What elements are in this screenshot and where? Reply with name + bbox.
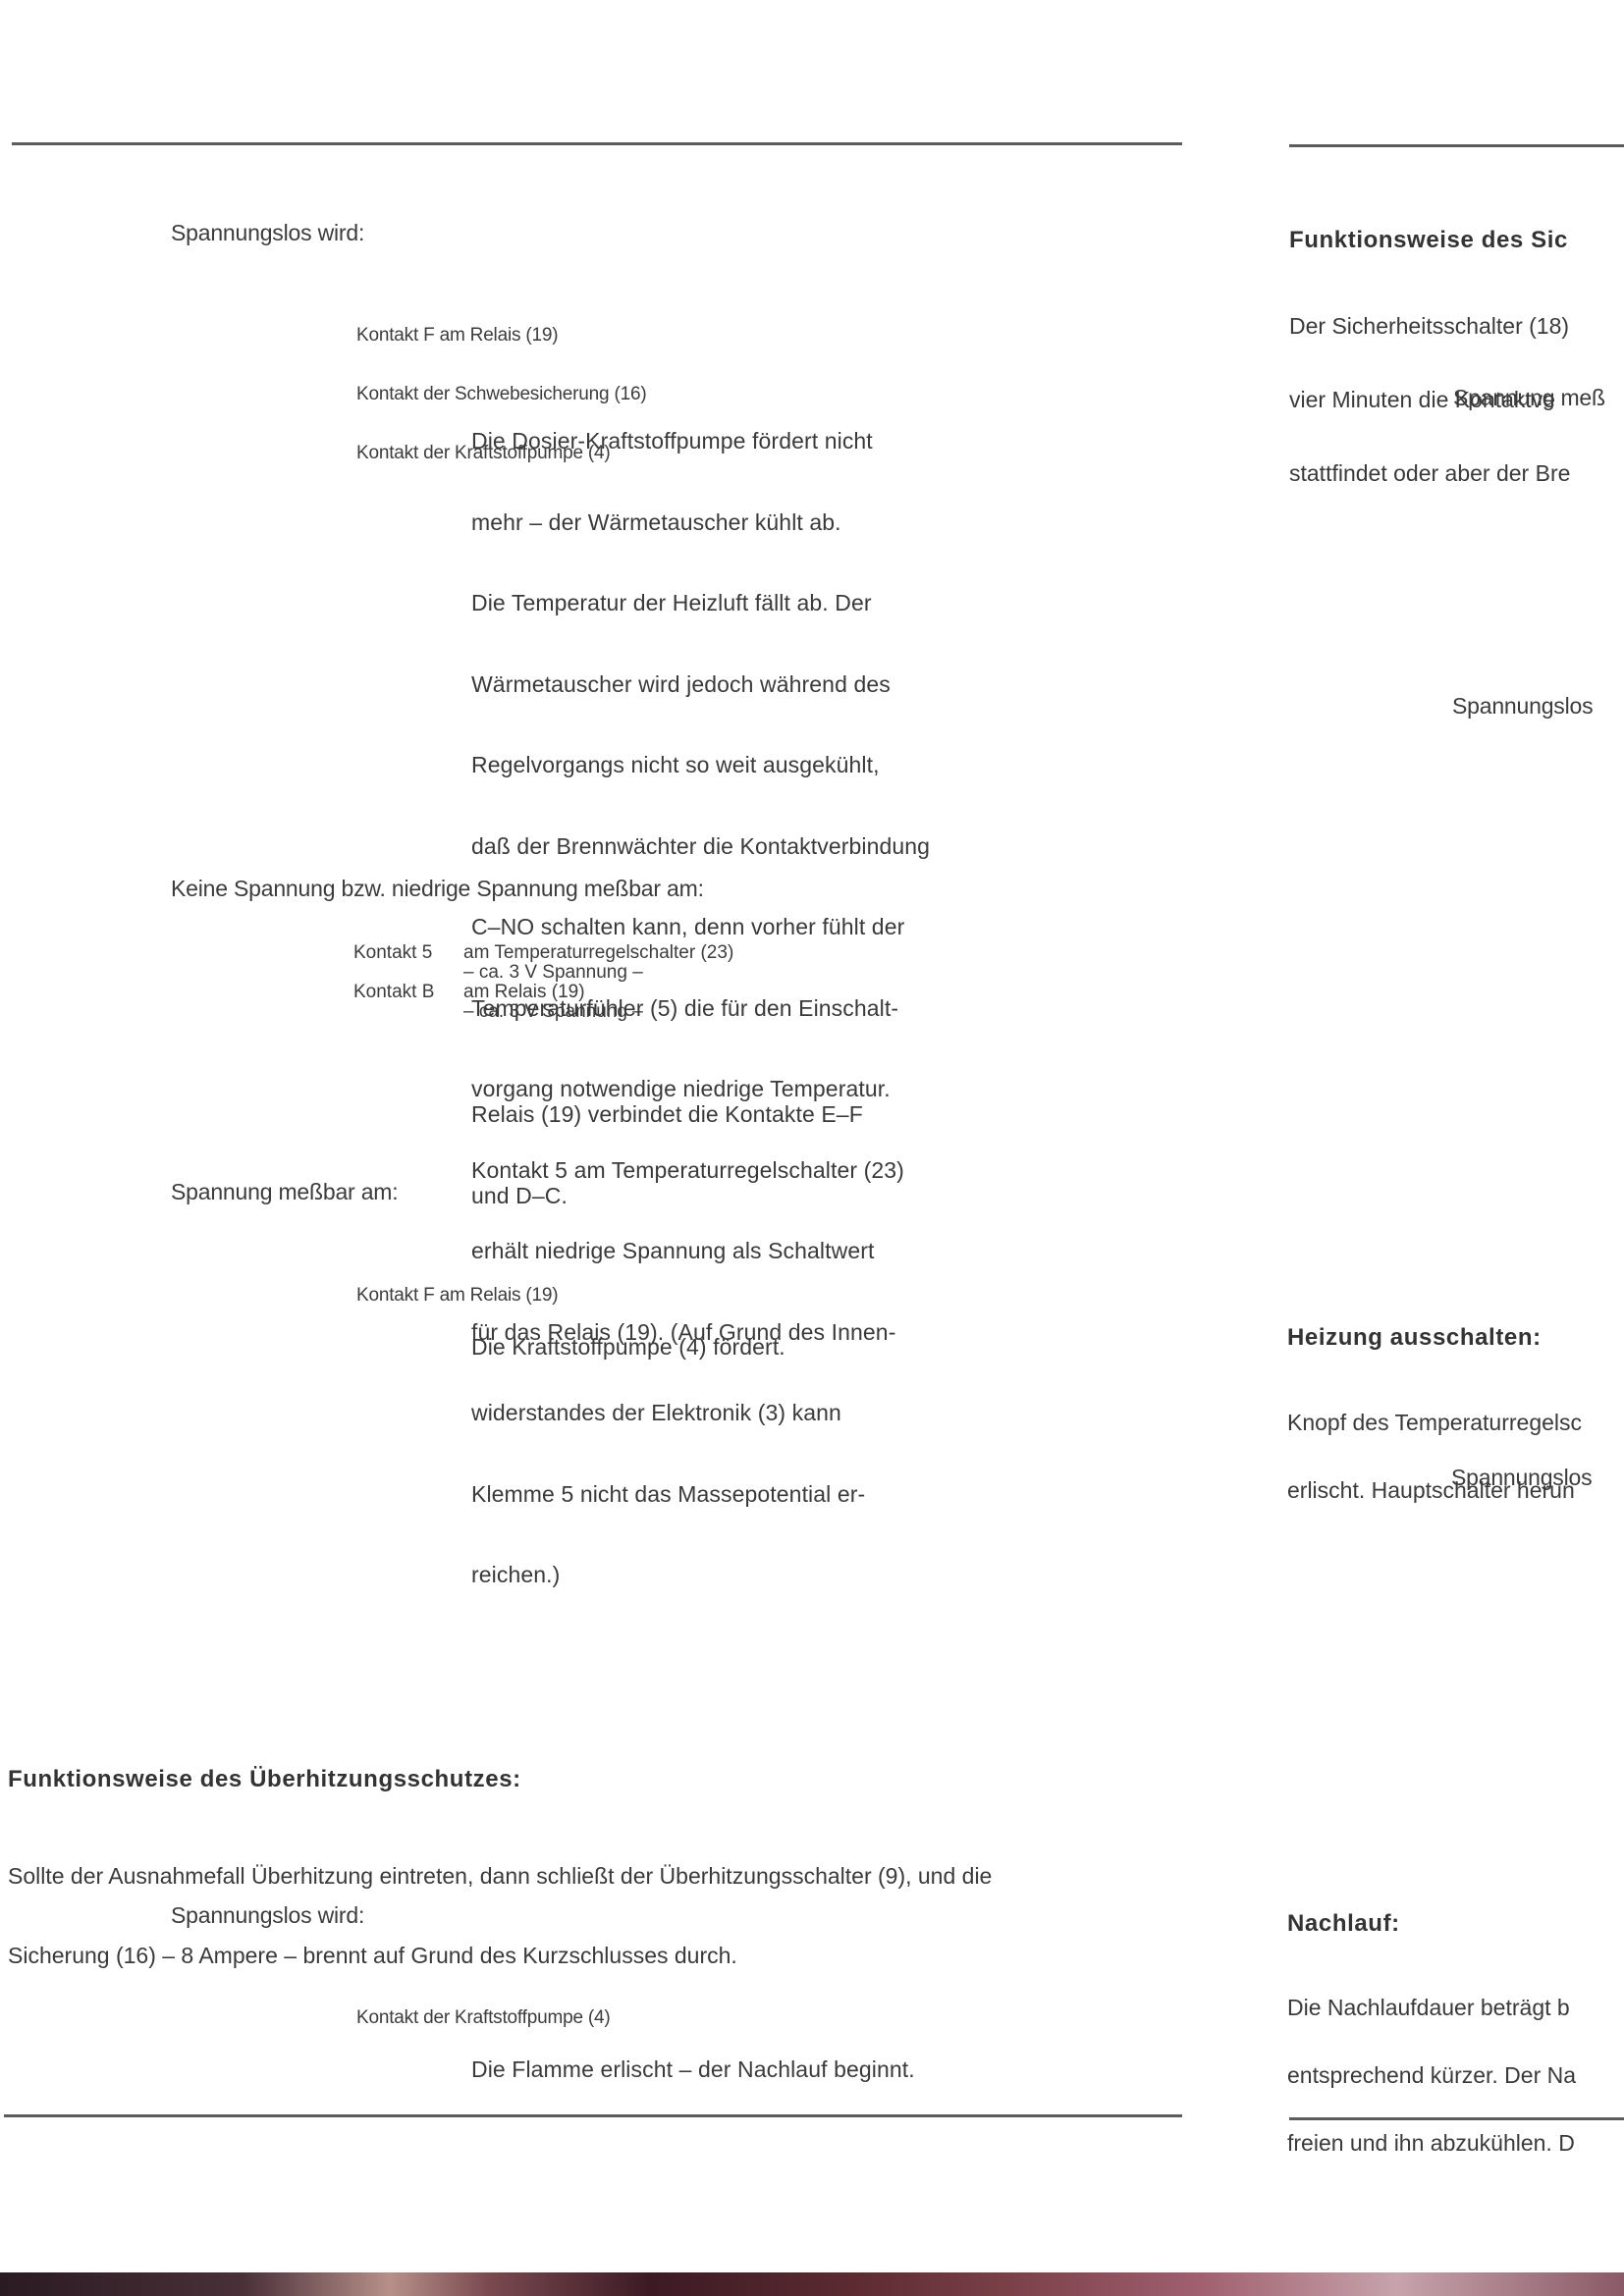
contact-key: Kontakt 5 xyxy=(353,943,463,963)
safety-switch-heading: Funktionsweise des Sic xyxy=(1289,227,1568,254)
text-line: freien und ihn abzukühlen. D xyxy=(1287,2132,1576,2155)
section-4-label: Spannungslos wird: xyxy=(171,1902,364,1929)
bottom-rule-left xyxy=(4,2114,1182,2117)
text-line: Wärmetauscher wird jedoch während des xyxy=(471,671,930,699)
section-3-label: Spannung meßbar am: xyxy=(171,1179,398,1205)
right-label-no-voltage: Spannungslos xyxy=(1452,693,1593,720)
text-line: Die Nachlaufdauer beträgt b xyxy=(1287,1997,1576,2019)
section-2-label: Keine Spannung bzw. niedrige Spannung me… xyxy=(171,876,704,902)
text-line: mehr – der Wärmetauscher kühlt ab. xyxy=(471,509,930,537)
text-line: Relais (19) verbindet die Kontakte E–F xyxy=(471,1101,863,1129)
bottom-rule-right xyxy=(1289,2117,1624,2120)
text-line: und D–C. xyxy=(471,1183,863,1210)
heating-off-label: Spannungslos xyxy=(1451,1465,1592,1491)
text-line: widerstandes der Elektronik (3) kann xyxy=(471,1400,930,1427)
run-on-paragraph: Die Nachlaufdauer beträgt b entsprechend… xyxy=(1287,1951,1576,2177)
text-line: Die Flamme erlischt – der Nachlauf begin… xyxy=(471,2056,915,2084)
text-line: reichen.) xyxy=(471,1562,930,1589)
heating-off-paragraph: Knopf des Temperaturregelsc erlischt. Ha… xyxy=(1287,1366,1582,1524)
top-rule-left xyxy=(12,142,1182,145)
section-2-items: Kontakt 5 am Temperaturregelschalter (23… xyxy=(353,943,733,1022)
right-label-voltage: Spannung meß xyxy=(1453,385,1605,411)
overheat-heading: Funktionsweise des Überhitzungsschutzes: xyxy=(8,1766,521,1793)
text-line: daß der Brennwächter die Kontaktverbindu… xyxy=(471,833,930,861)
contact-value: – ca. 3 V Spannung – xyxy=(463,1002,733,1022)
heating-off-heading: Heizung ausschalten: xyxy=(1287,1324,1542,1352)
contact-value: – ca. 3 V Spannung – xyxy=(463,963,733,983)
text-line: Die Temperatur der Heizluft fällt ab. De… xyxy=(471,590,930,617)
scan-background-edge xyxy=(0,2272,1624,2296)
section-4-description: Die Flamme erlischt – der Nachlauf begin… xyxy=(471,2002,915,2110)
text-line: Klemme 5 nicht das Massepotential er- xyxy=(471,1481,930,1509)
run-on-heading: Nachlauf: xyxy=(1287,1910,1400,1938)
text-line: stattfindet oder aber der Bre xyxy=(1289,461,1570,486)
text-line: Regelvorgangs nicht so weit ausgekühlt, xyxy=(471,752,930,779)
text-line: Die Kraftstoffpumpe (4) fördert. xyxy=(471,1334,785,1362)
contact-key: Kontakt B xyxy=(353,983,463,1002)
overheat-paragraph: Sollte der Ausnahmefall Überhitzung eint… xyxy=(8,1810,992,1996)
text-line: C–NO schalten kann, denn vorher fühlt de… xyxy=(471,914,930,941)
section-1-label: Spannungslos wird: xyxy=(171,220,364,246)
text-line: Der Sicherheitsschalter (18) xyxy=(1289,314,1570,339)
list-item: Kontakt F am Relais (19) xyxy=(356,326,646,346)
text-line: Sollte der Ausnahmefall Überhitzung eint… xyxy=(8,1863,992,1890)
section-3-description: Die Kraftstoffpumpe (4) fördert. xyxy=(471,1280,785,1388)
top-rule-right xyxy=(1289,144,1624,147)
text-line: Die Dosier-Kraftstoffpumpe fördert nicht xyxy=(471,428,930,455)
section-2-description: Relais (19) verbindet die Kontakte E–F u… xyxy=(471,1047,863,1237)
contact-value: am Relais (19) xyxy=(463,983,733,1002)
text-line: entsprechend kürzer. Der Na xyxy=(1287,2064,1576,2087)
text-line: Sicherung (16) – 8 Ampere – brennt auf G… xyxy=(8,1943,992,1969)
text-line: Knopf des Temperaturregelsc xyxy=(1287,1412,1582,1434)
contact-value: am Temperaturregelschalter (23) xyxy=(463,943,733,963)
